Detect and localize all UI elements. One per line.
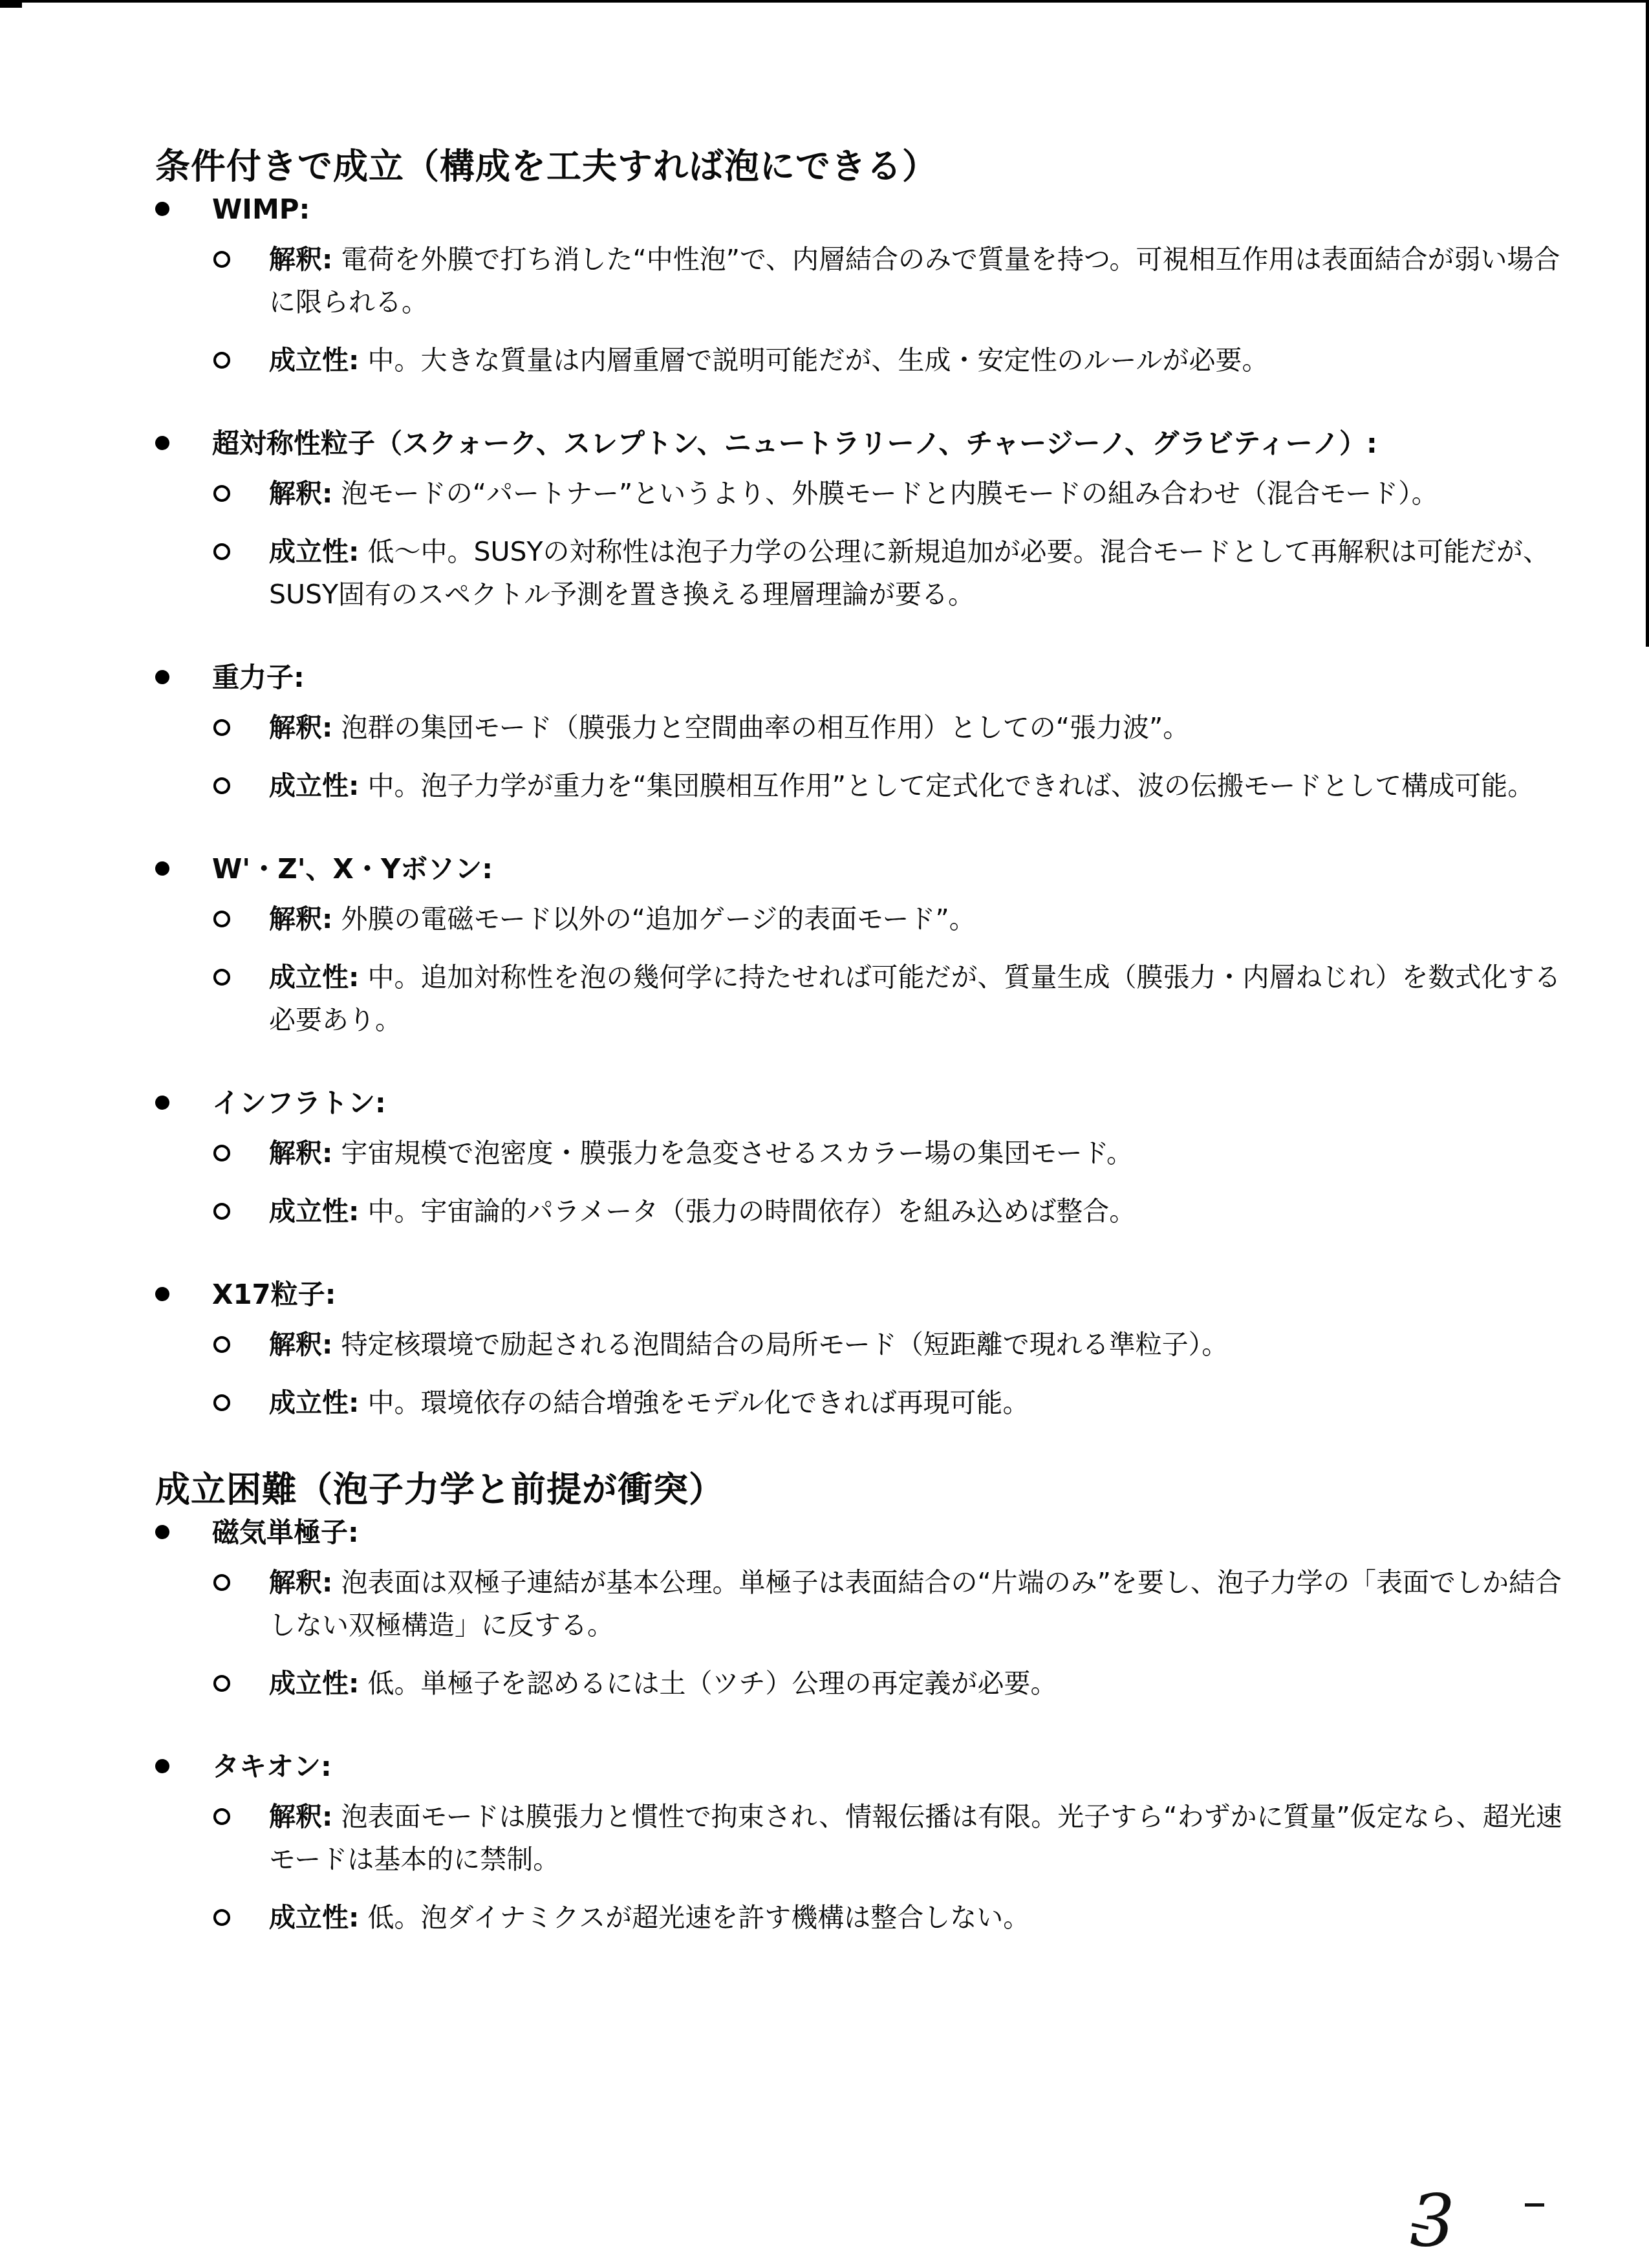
sub-item-feasibility: 成立性: 中。宇宙論的パラメータ（張力の時間依存）を組み込めば整合。: [212, 1190, 1571, 1233]
handwritten-page-number: 3: [1410, 2179, 1455, 2262]
sub-item-interpretation: 解釈: 特定核環境で励起される泡間結合の局所モード（短距離で現れる準粒子）。: [212, 1323, 1571, 1366]
sub-item-feasibility: 成立性: 低。泡ダイナミクスが超光速を許す機構は整合しない。: [212, 1896, 1571, 1939]
circle-bullet-icon: [213, 719, 230, 736]
list-item-tachyon: タキオン: 解釈: 泡表面モードは膜張力と慣性で拘束され、情報伝播は有限。光子す…: [155, 1747, 1571, 1939]
conditional-particle-list: WIMP: 解釈: 電荷を外膜で打ち消した“中性泡”で、内層結合のみで質量を持つ…: [155, 190, 1571, 1424]
sub-text: 中。追加対称性を泡の幾何学に持たせれば可能だが、質量生成（膜張力・内層ねじれ）を…: [269, 962, 1560, 1035]
bullet-icon: [155, 1759, 169, 1773]
sub-label: 成立性:: [269, 770, 359, 801]
sub-text: 泡群の集団モード（膜張力と空間曲率の相互作用）としての“張力波”。: [332, 712, 1189, 743]
sub-text: 電荷を外膜で打ち消した“中性泡”で、内層結合のみで質量を持つ。可視相互作用は表面…: [269, 244, 1560, 318]
circle-bullet-icon: [213, 485, 230, 502]
circle-bullet-icon: [213, 777, 230, 794]
bullet-icon: [155, 436, 169, 450]
sub-label: 成立性:: [269, 345, 359, 376]
scan-corner-mark: [0, 0, 22, 8]
sub-text: 宇宙規模で泡密度・膜張力を急変させるスカラー場の集団モード。: [332, 1138, 1133, 1169]
sub-item-interpretation: 解釈: 泡モードの“パートナー”というより、外膜モードと内膜モードの組み合わせ（…: [212, 472, 1571, 515]
sub-item-feasibility: 成立性: 中。泡子力学が重力を“集団膜相互作用”として定式化できれば、波の伝搬モ…: [212, 764, 1571, 807]
circle-bullet-icon: [213, 1574, 230, 1591]
circle-bullet-icon: [213, 251, 230, 268]
bullet-icon: [155, 861, 169, 876]
list-item-wz-xy-boson: W'・Z'、X・Yボソン: 解釈: 外膜の電磁モード以外の“追加ゲージ的表面モー…: [155, 850, 1571, 1041]
circle-bullet-icon: [213, 1675, 230, 1692]
list-item-x17: X17粒子: 解釈: 特定核環境で励起される泡間結合の局所モード（短距離で現れる…: [155, 1275, 1571, 1424]
item-title: WIMP:: [212, 190, 1571, 229]
bullet-icon: [155, 1096, 169, 1110]
list-item-wimp: WIMP: 解釈: 電荷を外膜で打ち消した“中性泡”で、内層結合のみで質量を持つ…: [155, 190, 1571, 382]
sub-item-interpretation: 解釈: 泡表面モードは膜張力と慣性で拘束され、情報伝播は有限。光子すら“わずかに…: [212, 1795, 1571, 1881]
circle-bullet-icon: [213, 1394, 230, 1411]
sub-text: 泡表面モードは膜張力と慣性で拘束され、情報伝播は有限。光子すら“わずかに質量”仮…: [269, 1801, 1562, 1875]
circle-bullet-icon: [213, 543, 230, 560]
bullet-icon: [155, 1287, 169, 1301]
circle-bullet-icon: [213, 969, 230, 986]
sub-label: 成立性:: [269, 1902, 359, 1933]
scan-edge-top: [0, 0, 1649, 3]
sub-text: 特定核環境で励起される泡間結合の局所モード（短距離で現れる準粒子）。: [332, 1329, 1228, 1360]
sub-text: 低。泡ダイナミクスが超光速を許す機構は整合しない。: [359, 1902, 1029, 1933]
section-heading-conditional: 条件付きで成立（構成を工夫すれば泡にできる）: [155, 144, 1571, 190]
item-title: タキオン:: [212, 1747, 1571, 1786]
sub-item-interpretation: 解釈: 電荷を外膜で打ち消した“中性泡”で、内層結合のみで質量を持つ。可視相互作…: [212, 238, 1571, 323]
section-heading-difficult: 成立困難（泡子力学と前提が衝突）: [155, 1467, 1571, 1513]
difficult-particle-list: 磁気単極子: 解釈: 泡表面は双極子連結が基本公理。単極子は表面結合の“片端のみ…: [155, 1513, 1571, 1939]
circle-bullet-icon: [213, 1203, 230, 1220]
item-title: W'・Z'、X・Yボソン:: [212, 850, 1571, 889]
sub-text: 中。大きな質量は内層重層で説明可能だが、生成・安定性のルールが必要。: [359, 345, 1268, 376]
sub-item-feasibility: 成立性: 中。追加対称性を泡の幾何学に持たせれば可能だが、質量生成（膜張力・内層…: [212, 956, 1571, 1041]
sub-label: 成立性:: [269, 962, 359, 993]
sub-label: 成立性:: [269, 1196, 359, 1227]
sub-text: 低〜中。SUSYの対称性は泡子力学の公理に新規追加が必要。混合モードとして再解釈…: [269, 536, 1549, 610]
sub-item-feasibility: 成立性: 中。大きな質量は内層重層で説明可能だが、生成・安定性のルールが必要。: [212, 339, 1571, 382]
sub-item-interpretation: 解釈: 泡群の集団モード（膜張力と空間曲率の相互作用）としての“張力波”。: [212, 706, 1571, 749]
sub-label: 解釈:: [269, 712, 332, 743]
sub-text: 泡表面は双極子連結が基本公理。単極子は表面結合の“片端のみ”を要し、泡子力学の「…: [269, 1567, 1562, 1641]
sub-item-feasibility: 成立性: 中。環境依存の結合増強をモデル化できれば再現可能。: [212, 1381, 1571, 1424]
sub-label: 成立性:: [269, 536, 359, 567]
sub-item-feasibility: 成立性: 低。単極子を認めるには土（ツチ）公理の再定義が必要。: [212, 1662, 1571, 1705]
circle-bullet-icon: [213, 1808, 230, 1825]
list-item-susy: 超対称性粒子（スクォーク、スレプトン、ニュートラリーノ、チャージーノ、グラビティ…: [155, 424, 1571, 616]
sub-label: 解釈:: [269, 1567, 332, 1598]
handwritten-dash-right: [1525, 2203, 1544, 2207]
sub-item-interpretation: 解釈: 外膜の電磁モード以外の“追加ゲージ的表面モード”。: [212, 898, 1571, 940]
sub-label: 解釈:: [269, 1329, 332, 1360]
circle-bullet-icon: [213, 1145, 230, 1161]
sub-label: 解釈:: [269, 478, 332, 509]
sub-label: 解釈:: [269, 1138, 332, 1169]
item-title: 重力子:: [212, 658, 1571, 697]
circle-bullet-icon: [213, 1909, 230, 1926]
sub-text: 中。環境依存の結合増強をモデル化できれば再現可能。: [359, 1387, 1029, 1418]
bullet-icon: [155, 670, 169, 684]
bullet-icon: [155, 1525, 169, 1539]
scan-edge-right: [1646, 0, 1649, 647]
document-page: 条件付きで成立（構成を工夫すれば泡にできる） WIMP: 解釈: 電荷を外膜で打…: [155, 144, 1571, 1982]
sub-label: 解釈:: [269, 1801, 332, 1832]
sub-text: 中。泡子力学が重力を“集団膜相互作用”として定式化できれば、波の伝搬モードとして…: [359, 770, 1534, 801]
sub-item-feasibility: 成立性: 低〜中。SUSYの対称性は泡子力学の公理に新規追加が必要。混合モードと…: [212, 530, 1571, 616]
sub-label: 成立性:: [269, 1668, 359, 1699]
sub-text: 泡モードの“パートナー”というより、外膜モードと内膜モードの組み合わせ（混合モー…: [332, 478, 1438, 509]
item-title: インフラトン:: [212, 1084, 1571, 1123]
bullet-icon: [155, 202, 169, 216]
circle-bullet-icon: [213, 911, 230, 927]
sub-label: 解釈:: [269, 244, 332, 275]
item-title: X17粒子:: [212, 1275, 1571, 1314]
list-item-inflaton: インフラトン: 解釈: 宇宙規模で泡密度・膜張力を急変させるスカラー場の集団モー…: [155, 1084, 1571, 1233]
list-item-monopole: 磁気単極子: 解釈: 泡表面は双極子連結が基本公理。単極子は表面結合の“片端のみ…: [155, 1513, 1571, 1705]
sub-text: 外膜の電磁モード以外の“追加ゲージ的表面モード”。: [332, 903, 975, 934]
circle-bullet-icon: [213, 352, 230, 369]
sub-text: 低。単極子を認めるには土（ツチ）公理の再定義が必要。: [359, 1668, 1057, 1699]
circle-bullet-icon: [213, 1336, 230, 1353]
sub-label: 解釈:: [269, 903, 332, 934]
item-title: 超対称性粒子（スクォーク、スレプトン、ニュートラリーノ、チャージーノ、グラビティ…: [212, 424, 1571, 463]
sub-item-interpretation: 解釈: 泡表面は双極子連結が基本公理。単極子は表面結合の“片端のみ”を要し、泡子…: [212, 1561, 1571, 1647]
sub-item-interpretation: 解釈: 宇宙規模で泡密度・膜張力を急変させるスカラー場の集団モード。: [212, 1132, 1571, 1174]
sub-text: 中。宇宙論的パラメータ（張力の時間依存）を組み込めば整合。: [359, 1196, 1136, 1227]
list-item-graviton: 重力子: 解釈: 泡群の集団モード（膜張力と空間曲率の相互作用）としての“張力波…: [155, 658, 1571, 807]
sub-label: 成立性:: [269, 1387, 359, 1418]
item-title: 磁気単極子:: [212, 1513, 1571, 1552]
